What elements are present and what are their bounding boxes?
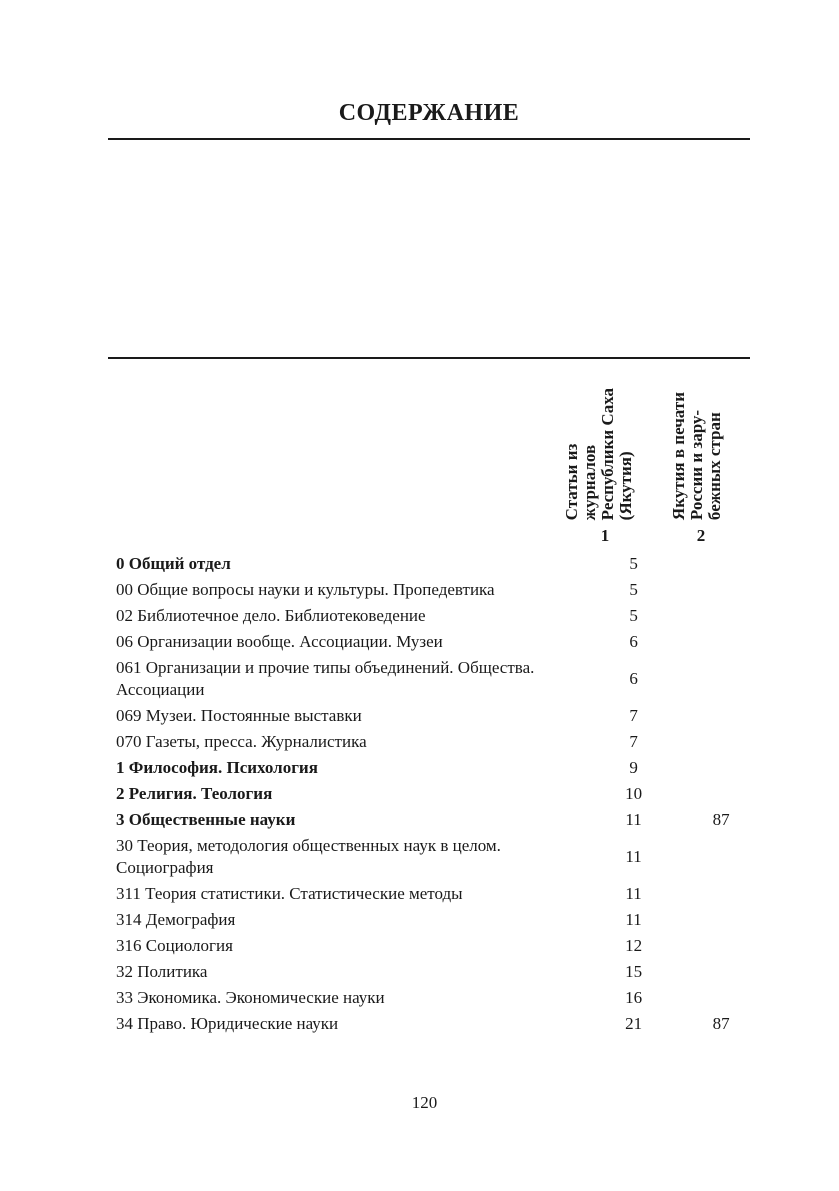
- table-top-rule: [108, 357, 750, 359]
- entry-page-col1: 11: [589, 909, 679, 931]
- entry-label[interactable]: 070 Газеты, пресса. Журналистика: [116, 731, 559, 753]
- entry-page-col1: 11: [589, 883, 679, 905]
- table-row: 2 Религия. Теология10: [116, 783, 756, 805]
- table-row: 0 Общий отдел5: [116, 553, 756, 575]
- entry-label[interactable]: 1 Философия. Психология: [116, 757, 559, 779]
- entry-label[interactable]: 316 Социология: [116, 935, 559, 957]
- entry-page-col1: 11: [589, 809, 679, 831]
- table-row: 30 Теория, методология общественных наук…: [116, 835, 756, 879]
- entry-page-col1: 11: [589, 846, 679, 868]
- entry-page-col2: 87: [686, 809, 756, 831]
- entry-label[interactable]: 32 Политика: [116, 961, 559, 983]
- entry-page-col1: 7: [589, 705, 679, 727]
- column-number-1: 1: [590, 526, 620, 546]
- column-number-2: 2: [686, 526, 716, 546]
- table-row: 3 Общественные науки1187: [116, 809, 756, 831]
- contents-table: 0 Общий отдел500 Общие вопросы науки и к…: [116, 553, 756, 1039]
- entry-label[interactable]: 02 Библиотечное дело. Библиотековедение: [116, 605, 559, 627]
- table-row: 070 Газеты, пресса. Журналистика7: [116, 731, 756, 753]
- entry-label[interactable]: 314 Демография: [116, 909, 559, 931]
- table-row: 069 Музеи. Постоянные выставки7: [116, 705, 756, 727]
- entry-label[interactable]: 069 Музеи. Постоянные выставки: [116, 705, 559, 727]
- entry-page-col2: 87: [686, 1013, 756, 1035]
- entry-label[interactable]: 00 Общие вопросы науки и культуры. Пропе…: [116, 579, 559, 601]
- entry-page-col1: 5: [589, 553, 679, 575]
- entry-label[interactable]: 30 Теория, методология общественных наук…: [116, 835, 559, 879]
- entry-label[interactable]: 33 Экономика. Экономические науки: [116, 987, 559, 1009]
- entry-page-col1: 15: [589, 961, 679, 983]
- entry-page-col1: 6: [589, 631, 679, 653]
- table-row: 06 Организации вообще. Ассоциации. Музеи…: [116, 631, 756, 653]
- entry-label[interactable]: 3 Общественные науки: [116, 809, 559, 831]
- table-row: 061 Организации и прочие типы объединени…: [116, 657, 756, 701]
- entry-page-col1: 21: [589, 1013, 679, 1035]
- entry-page-col1: 10: [589, 783, 679, 805]
- entry-page-col1: 9: [589, 757, 679, 779]
- entry-label[interactable]: 0 Общий отдел: [116, 553, 559, 575]
- table-row: 34 Право. Юридические науки2187: [116, 1013, 756, 1035]
- table-row: 32 Политика15: [116, 961, 756, 983]
- entry-label[interactable]: 34 Право. Юридические науки: [116, 1013, 559, 1035]
- title-rule: [108, 138, 750, 140]
- table-row: 02 Библиотечное дело. Библиотековедение5: [116, 605, 756, 627]
- page-number: 120: [0, 1093, 839, 1113]
- entry-page-col1: 12: [589, 935, 679, 957]
- table-row: 00 Общие вопросы науки и культуры. Пропе…: [116, 579, 756, 601]
- entry-label[interactable]: 2 Религия. Теология: [116, 783, 559, 805]
- table-row: 311 Теория статистики. Статистические ме…: [116, 883, 756, 905]
- table-row: 33 Экономика. Экономические науки16: [116, 987, 756, 1009]
- entry-label[interactable]: 06 Организации вообще. Ассоциации. Музеи: [116, 631, 559, 653]
- table-row: 1 Философия. Психология9: [116, 757, 756, 779]
- table-row: 314 Демография11: [116, 909, 756, 931]
- entry-page-col1: 5: [589, 605, 679, 627]
- column-header-2-text: Якутия в печати России и зару- бежных ст…: [670, 392, 724, 520]
- page-title: СОДЕРЖАНИЕ: [108, 100, 750, 127]
- entry-page-col1: 7: [589, 731, 679, 753]
- entry-page-col1: 6: [589, 668, 679, 690]
- entry-page-col1: 16: [589, 987, 679, 1009]
- table-row: 316 Социология12: [116, 935, 756, 957]
- column-header-1: Статьи из журналов Республики Саха (Якут…: [563, 365, 643, 520]
- column-header-1-text: Статьи из журналов Республики Саха (Якут…: [563, 388, 635, 520]
- entry-label[interactable]: 311 Теория статистики. Статистические ме…: [116, 883, 559, 905]
- entry-label[interactable]: 061 Организации и прочие типы объединени…: [116, 657, 559, 701]
- column-header-2: Якутия в печати России и зару- бежных ст…: [670, 365, 750, 520]
- entry-page-col1: 5: [589, 579, 679, 601]
